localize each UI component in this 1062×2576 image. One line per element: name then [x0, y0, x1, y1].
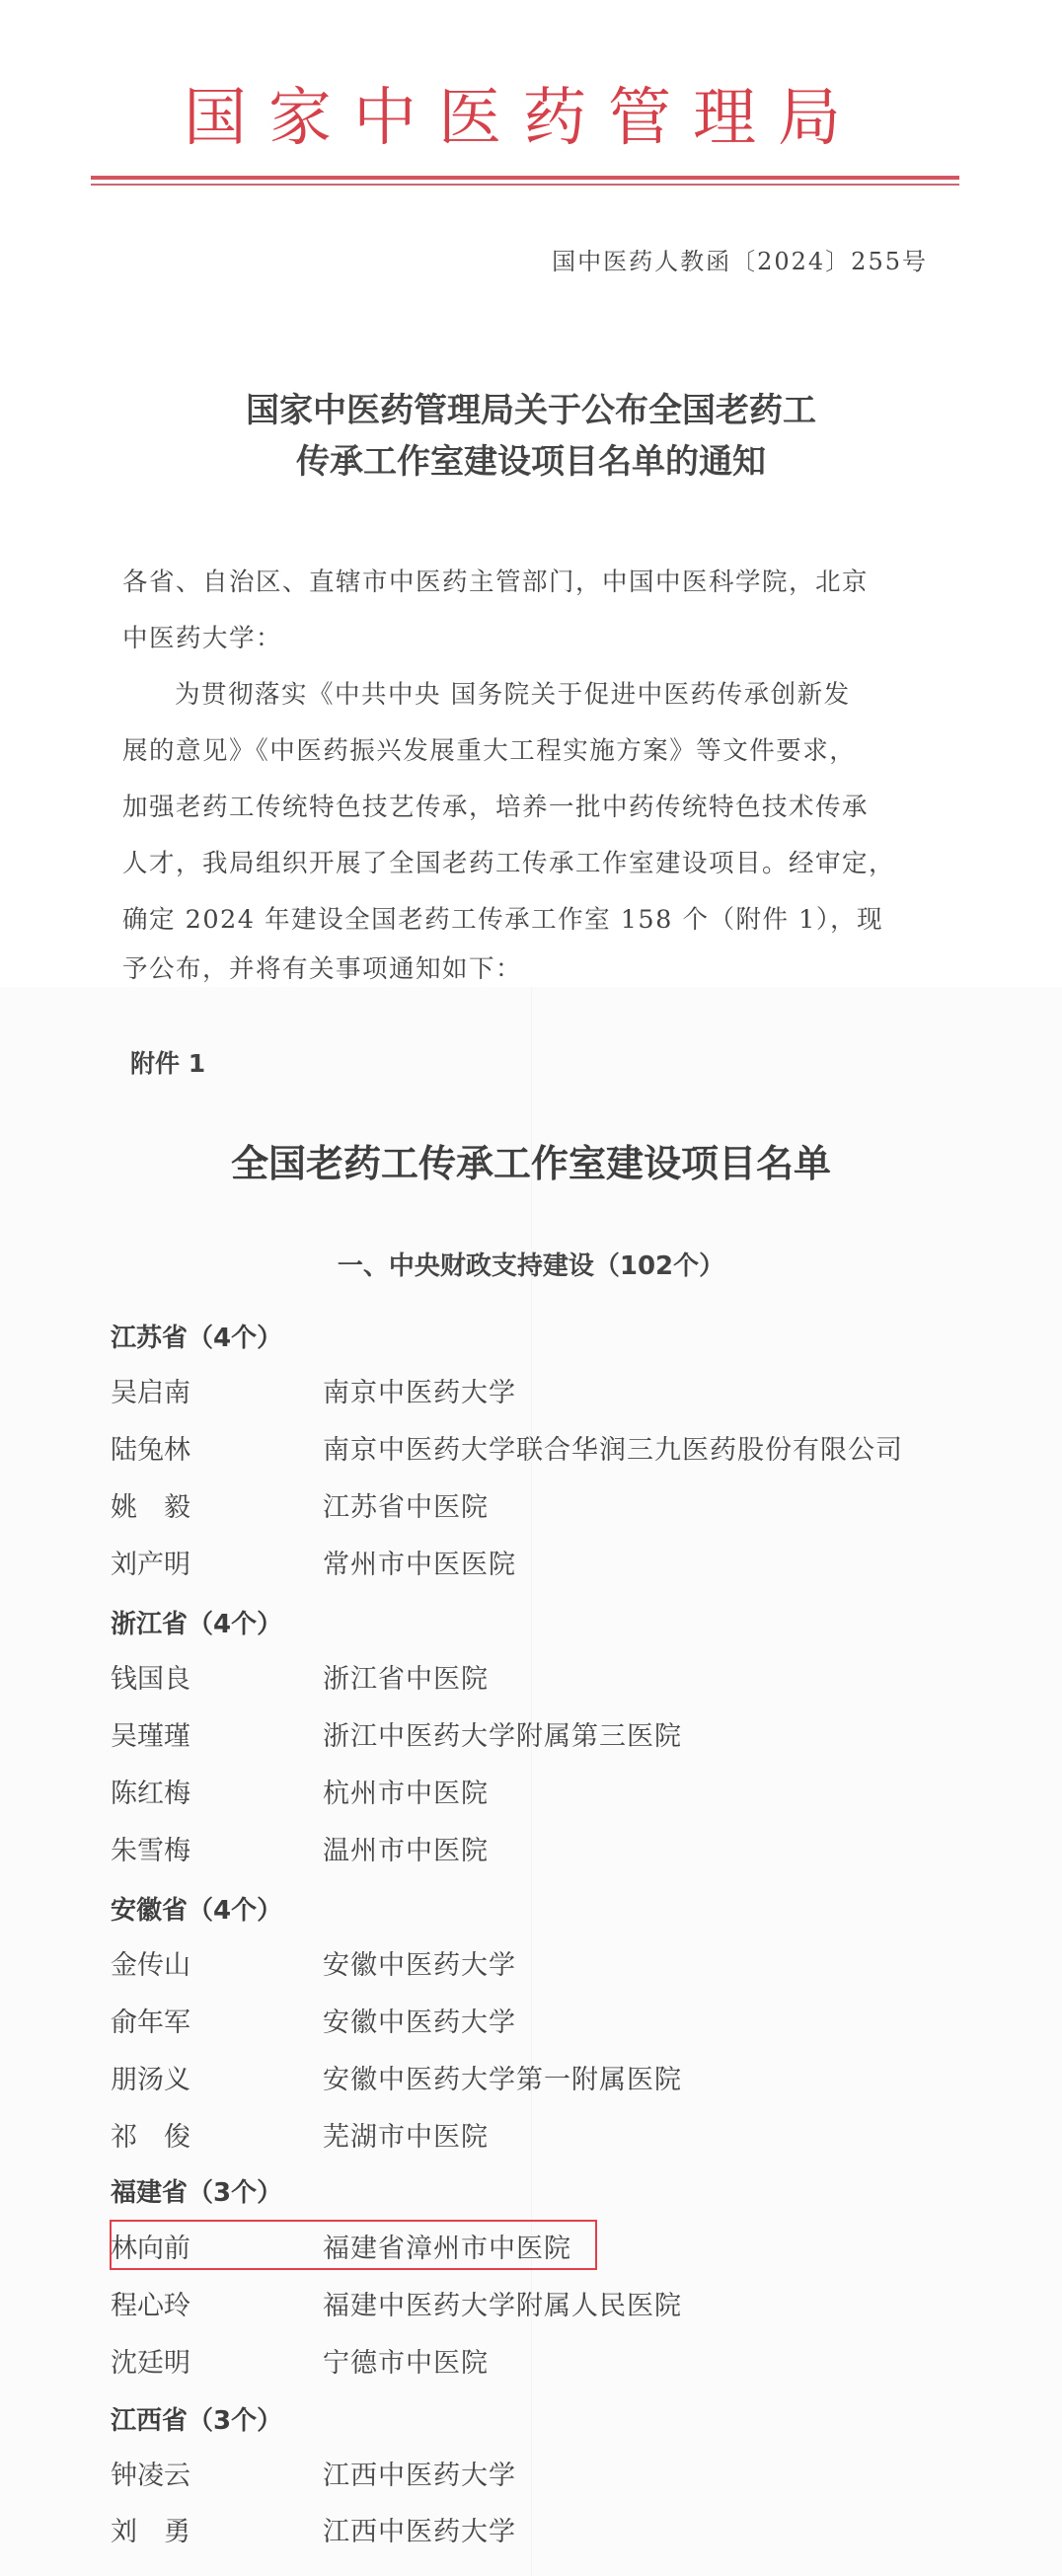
section-title: 一、中央财政支持建设（102个） [0, 1246, 1062, 1282]
entry-name: 钱国良 [111, 1657, 190, 1696]
entry-name-highlighted: 林向前 [111, 2227, 190, 2265]
entry-name: 朱雪梅 [111, 1829, 190, 1867]
notice-page: 国家中医药管理局 国中医药人教函〔2024〕255号 国家中医药管理局关于公布全… [0, 0, 1062, 987]
entry-institution: 安徽中医药大学 [323, 2001, 516, 2039]
entry-name: 朋汤义 [111, 2058, 190, 2096]
entry-institution: 杭州市中医院 [323, 1772, 489, 1810]
attachment-label: 附件 1 [130, 1044, 205, 1080]
province-header-jiangxi: 江西省（3个） [111, 2400, 282, 2437]
letterhead-rule-thin [91, 184, 959, 186]
notice-title-line-2: 传承工作室建设项目名单的通知 [0, 436, 1062, 488]
document-number: 国中医药人教函〔2024〕255号 [552, 242, 928, 276]
entry-name: 吴瑾瑾 [111, 1714, 190, 1753]
entry-name: 程心玲 [111, 2284, 190, 2322]
entry-name: 陈红梅 [111, 1772, 190, 1810]
body-line: 确定 2024 年建设全国老药工传承工作室 158 个（附件 1），现 [122, 900, 883, 940]
entry-name: 刘 勇 [111, 2510, 190, 2548]
addressee-line-1: 各省、自治区、直辖市中医药主管部门，中国中医科学院，北京 [122, 563, 869, 602]
entry-institution: 宁德市中医院 [323, 2341, 489, 2380]
entry-institution: 江苏省中医院 [323, 1485, 489, 1524]
body-line: 为贯彻落实《中共中央 国务院关于促进中医药传承创新发 [175, 675, 851, 715]
letterhead-rule-thick [91, 176, 959, 180]
entry-institution: 江西中医药大学 [323, 2454, 516, 2492]
addressee-line-2: 中医药大学： [122, 619, 282, 658]
entry-name: 祁 俊 [111, 2115, 190, 2154]
notice-title-line-1: 国家中医药管理局关于公布全国老药工 [0, 385, 1062, 436]
province-header-anhui: 安徽省（4个） [111, 1890, 282, 1927]
province-header-zhejiang: 浙江省（4个） [111, 1604, 282, 1640]
entry-institution: 福建中医药大学附属人民医院 [323, 2284, 682, 2322]
entry-institution: 江西中医药大学 [323, 2510, 516, 2548]
entry-name: 钟凌云 [111, 2454, 190, 2492]
list-title: 全国老药工传承工作室建设项目名单 [0, 1133, 1062, 1187]
entry-name: 吴启南 [111, 1371, 190, 1409]
entry-name: 姚 毅 [111, 1485, 190, 1524]
entry-institution: 常州市中医医院 [323, 1543, 516, 1581]
entry-name: 刘产明 [111, 1543, 190, 1581]
body-line: 加强老药工传统特色技艺传承，培养一批中药传统特色技术传承 [122, 788, 869, 827]
province-header-fujian: 福建省（3个） [111, 2172, 282, 2209]
province-header-jiangsu: 江苏省（4个） [111, 1318, 282, 1354]
entry-institution: 安徽中医药大学 [323, 1943, 516, 1982]
entry-institution: 浙江中医药大学附属第三医院 [323, 1714, 682, 1753]
entry-institution: 温州市中医院 [323, 1829, 489, 1867]
entry-institution: 浙江省中医院 [323, 1657, 489, 1696]
entry-name: 沈廷明 [111, 2341, 190, 2380]
entry-institution: 芜湖市中医院 [323, 2115, 489, 2154]
entry-institution: 南京中医药大学 [323, 1371, 516, 1409]
entry-institution-highlighted: 福建省漳州市中医院 [323, 2227, 571, 2265]
body-line: 展的意见》《中医药振兴发展重大工程实施方案》等文件要求， [122, 731, 856, 771]
entry-institution: 安徽中医药大学第一附属医院 [323, 2058, 682, 2096]
entry-name: 金传山 [111, 1943, 190, 1982]
body-line: 予公布，并将有关事项通知如下： [122, 949, 522, 989]
entry-name: 陆兔林 [111, 1428, 190, 1467]
letterhead-title: 国家中医药管理局 [163, 79, 883, 158]
entry-institution: 南京中医药大学联合华润三九医药股份有限公司 [323, 1428, 903, 1467]
entry-name: 俞年军 [111, 2001, 190, 2039]
body-line: 人才，我局组织开展了全国老药工传承工作室建设项目。经审定， [122, 844, 895, 883]
